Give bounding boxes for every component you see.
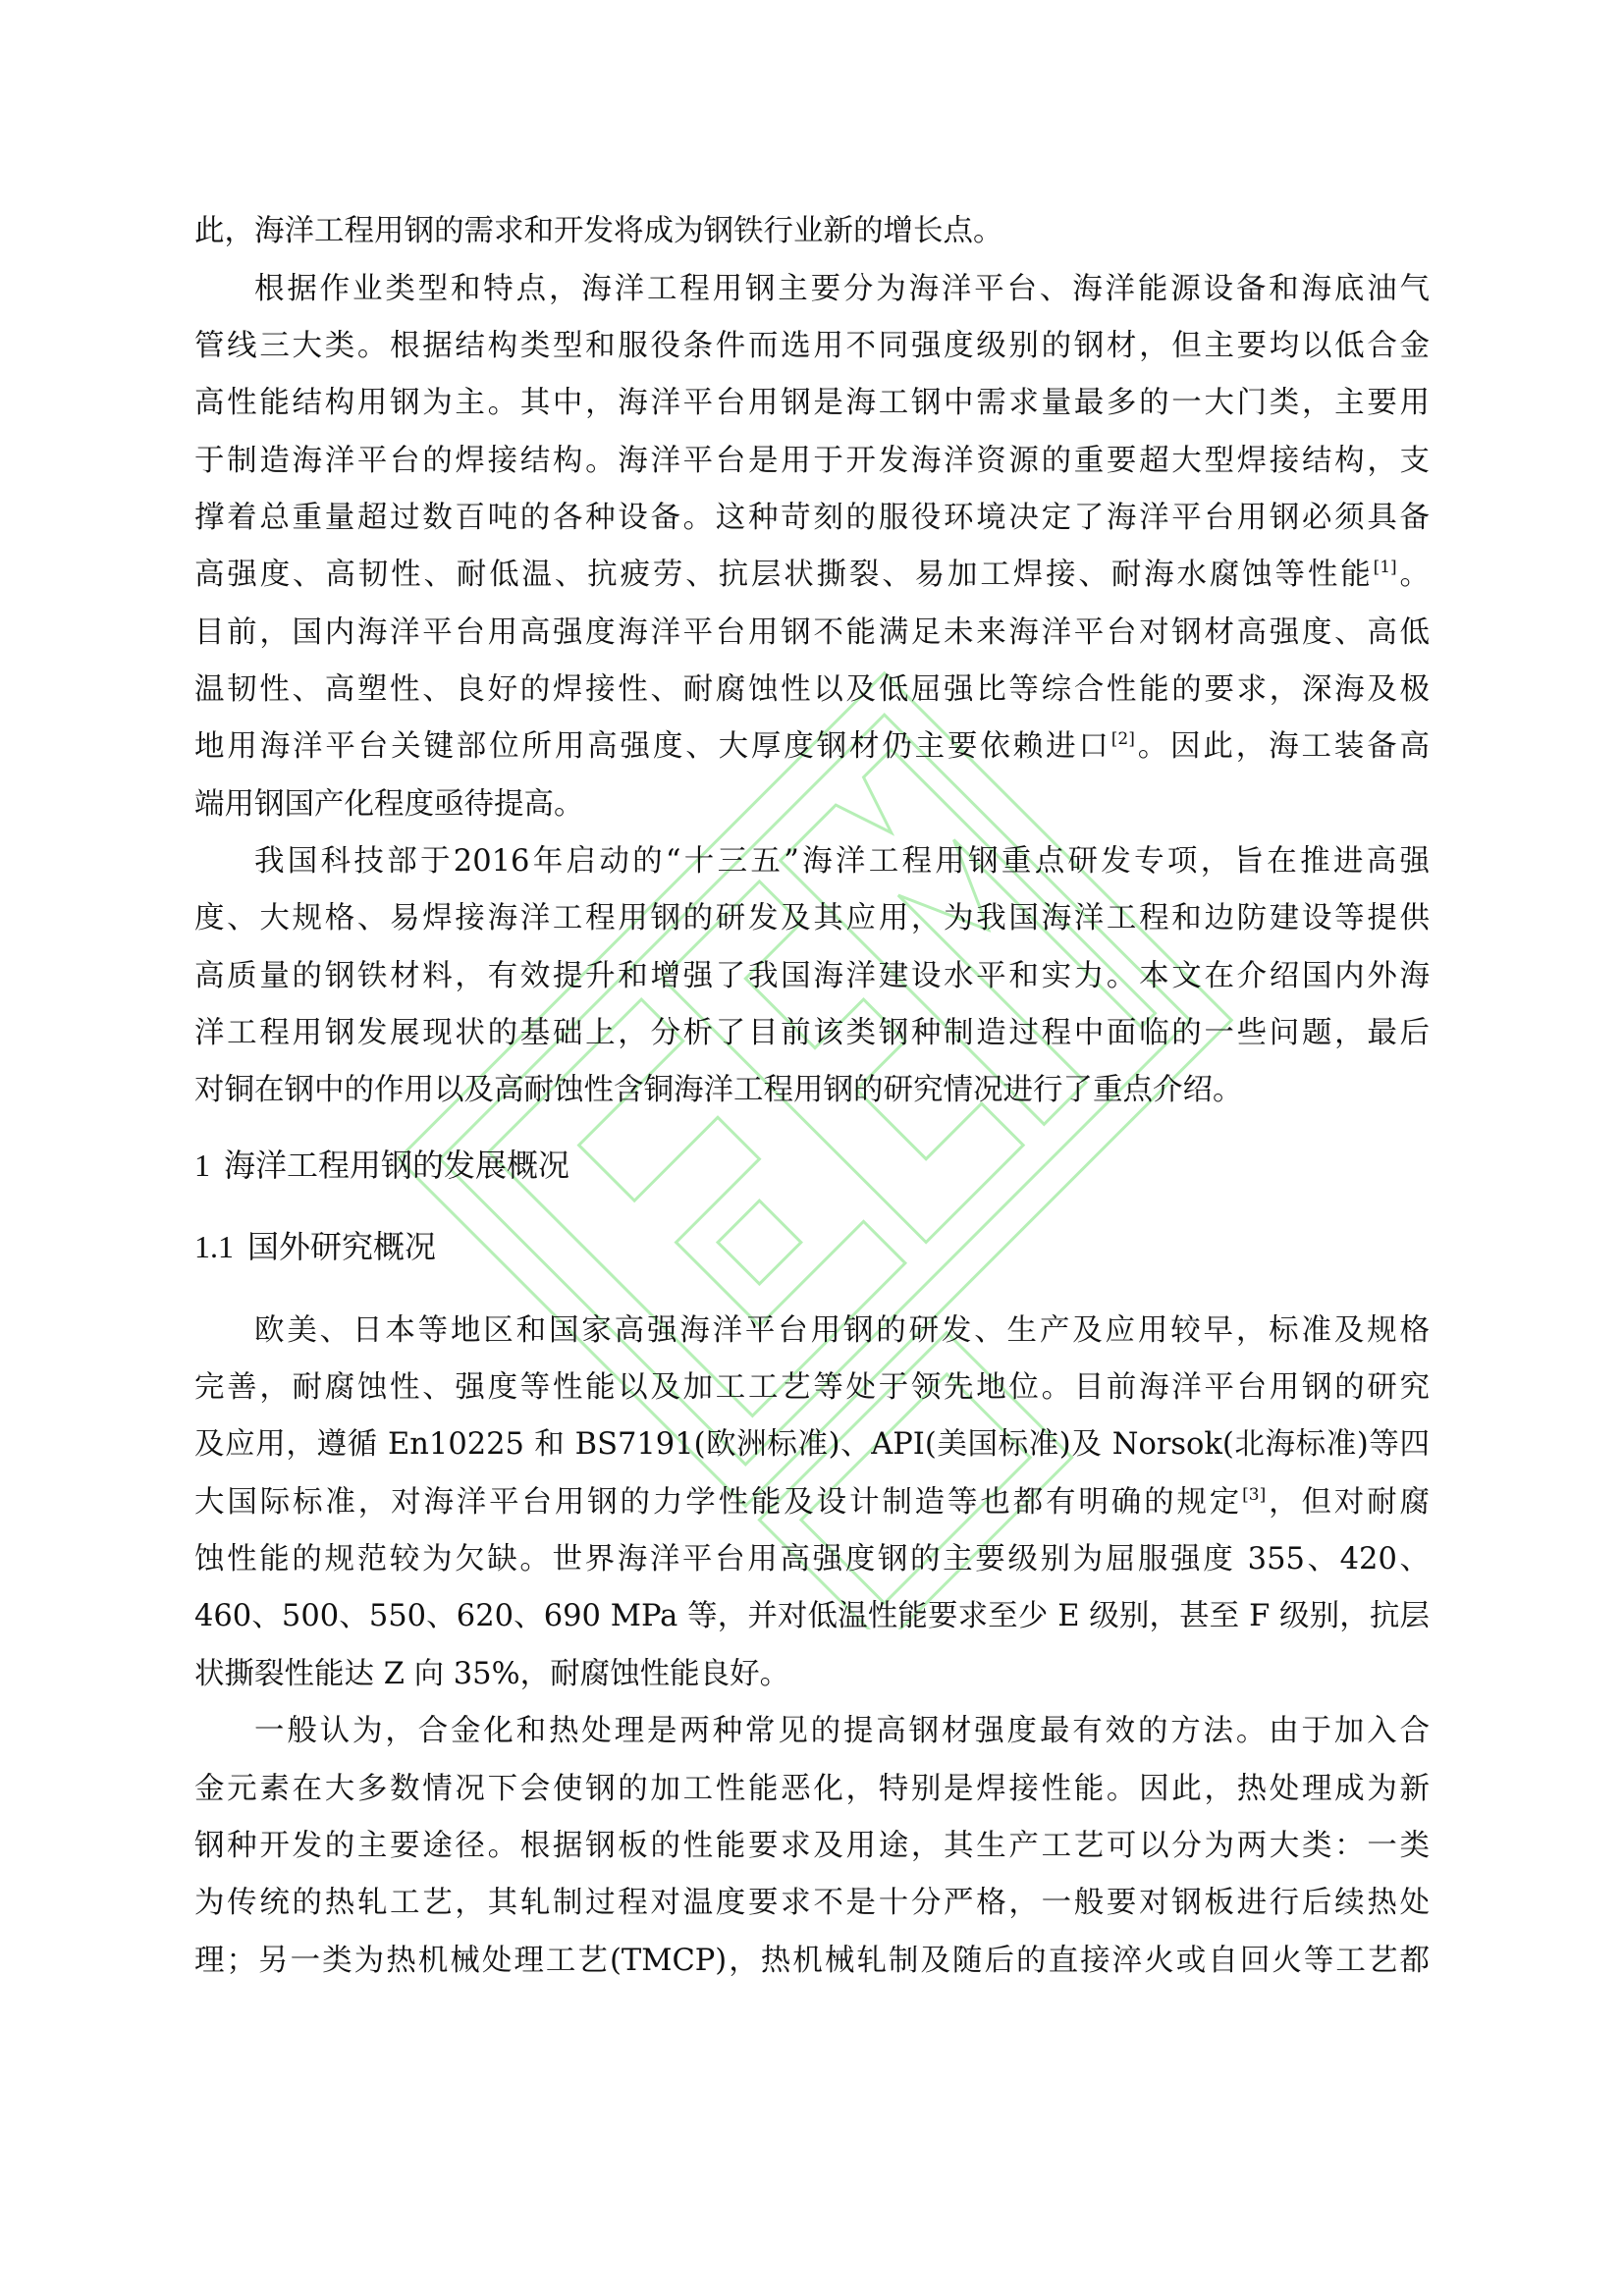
paragraph-line: 我国科技部于2016年启动的“十三五”海洋工程用钢重点研发专项，旨在推进高强 — [254, 842, 1430, 881]
subsection-number: 1.1 — [194, 1229, 234, 1264]
paragraph-line: 完善，耐腐蚀性、强度等性能以及加工工艺等处于领先地位。目前海洋平台用钢的研究 — [194, 1368, 1430, 1408]
paragraph-line: 高质量的钢铁材料，有效提升和增强了我国海洋建设水平和实力。本文在介绍国内外海 — [194, 957, 1430, 996]
paragraph-line: 460、500、550、620、690 MPa 等，并对低温性能要求至少 E 级… — [194, 1597, 1430, 1636]
paragraph-line: 目前，国内海洋平台用高强度海洋平台用钢不能满足未来海洋平台对钢材高强度、高低 — [194, 614, 1430, 653]
citation-ref: [2] — [1111, 729, 1135, 749]
paragraph-line: 为传统的热轧工艺，其轧制过程对温度要求不是十分严格，一般要对钢板进行后续热处 — [194, 1884, 1430, 1923]
paragraph-line: 一般认为，合金化和热处理是两种常见的提高钢材强度最有效的方法。由于加入合 — [254, 1712, 1430, 1751]
paragraph-line: 高强度、高韧性、耐低温、抗疲劳、抗层状撕裂、易加工焊接、耐海水腐蚀等性能[1]。 — [194, 556, 1430, 595]
paragraph-line: 此，海洋工程用钢的需求和开发将成为钢铁行业新的增长点。 — [194, 212, 1430, 251]
line-text: 地用海洋平台关键部位所用高强度、大厚度钢材仍主要依赖进口 — [194, 729, 1111, 764]
paragraph-line: 地用海洋平台关键部位所用高强度、大厚度钢材仍主要依赖进口[2]。因此，海工装备高 — [194, 727, 1430, 767]
paragraph-line: 端用钢国产化程度亟待提高。 — [194, 785, 1430, 825]
paragraph-line: 金元素在大多数情况下会使钢的加工性能恶化，特别是焊接性能。因此，热处理成为新 — [194, 1770, 1430, 1809]
subsection-title: 国外研究概况 — [247, 1228, 436, 1265]
citation-ref: [1] — [1374, 558, 1397, 577]
paragraph-line: 撑着总重量超过数百吨的各种设备。这种苛刻的服役环境决定了海洋平台用钢必须具备 — [194, 499, 1430, 538]
paragraph-line: 洋工程用钢发展现状的基础上，分析了目前该类钢种制造过程中面临的一些问题，最后 — [194, 1014, 1430, 1053]
paragraph-line: 高性能结构用钢为主。其中，海洋平台用钢是海工钢中需求量最多的一大门类，主要用 — [194, 384, 1430, 423]
section-title: 海洋工程用钢的发展概况 — [224, 1147, 569, 1184]
paragraph-line: 度、大规格、易焊接海洋工程用钢的研发及其应用，为我国海洋工程和边防建设等提供 — [194, 899, 1430, 938]
paragraph-line: 对铜在钢中的作用以及高耐蚀性含铜海洋工程用钢的研究情况进行了重点介绍。 — [194, 1071, 1430, 1110]
paragraph-line: 管线三大类。根据结构类型和服役条件而选用不同强度级别的钢材，但主要均以低合金 — [194, 327, 1430, 366]
document-page: 此，海洋工程用钢的需求和开发将成为钢铁行业新的增长点。 根据作业类型和特点，海洋… — [0, 0, 1624, 2296]
paragraph-line: 理；另一类为热机械处理工艺(TMCP)，热机械轧制及随后的直接淬火或自回火等工艺… — [194, 1942, 1430, 1981]
citation-ref: [3] — [1242, 1485, 1266, 1505]
paragraph-line: 根据作业类型和特点，海洋工程用钢主要分为海洋平台、海洋能源设备和海底油气 — [254, 270, 1430, 309]
line-text: 。 — [1397, 558, 1430, 592]
paragraph-line: 大国际标准，对海洋平台用钢的力学性能及设计制造等也都有明确的规定[3]，但对耐腐 — [194, 1483, 1430, 1522]
line-text: 大国际标准，对海洋平台用钢的力学性能及设计制造等也都有明确的规定 — [194, 1485, 1242, 1520]
section-number: 1 — [194, 1148, 210, 1183]
paragraph-line: 及应用，遵循 En10225 和 BS7191(欧洲标准)、API(美国标准)及… — [194, 1425, 1430, 1465]
line-text: 。因此，海工装备高 — [1135, 729, 1430, 764]
line-text: ，但对耐腐 — [1266, 1485, 1430, 1520]
paragraph-line: 于制造海洋平台的焊接结构。海洋平台是用于开发海洋资源的重要超大型焊接结构，支 — [194, 442, 1430, 481]
subsection-heading: 1.1国外研究概况 — [194, 1225, 436, 1268]
paragraph-line: 蚀性能的规范较为欠缺。世界海洋平台用高强度钢的主要级别为屈服强度 355、420… — [194, 1540, 1430, 1579]
paragraph-line: 温韧性、高塑性、良好的焊接性、耐腐蚀性以及低屈强比等综合性能的要求，深海及极 — [194, 670, 1430, 710]
section-heading: 1海洋工程用钢的发展概况 — [194, 1144, 569, 1187]
paragraph-line: 状撕裂性能达 Z 向 35%，耐腐蚀性能良好。 — [194, 1655, 1430, 1694]
paragraph-line: 钢种开发的主要途径。根据钢板的性能要求及用途，其生产工艺可以分为两大类：一类 — [194, 1827, 1430, 1866]
paragraph-line: 欧美、日本等地区和国家高强海洋平台用钢的研发、生产及应用较早，标准及规格 — [254, 1311, 1430, 1351]
line-text: 高强度、高韧性、耐低温、抗疲劳、抗层状撕裂、易加工焊接、耐海水腐蚀等性能 — [194, 558, 1374, 592]
